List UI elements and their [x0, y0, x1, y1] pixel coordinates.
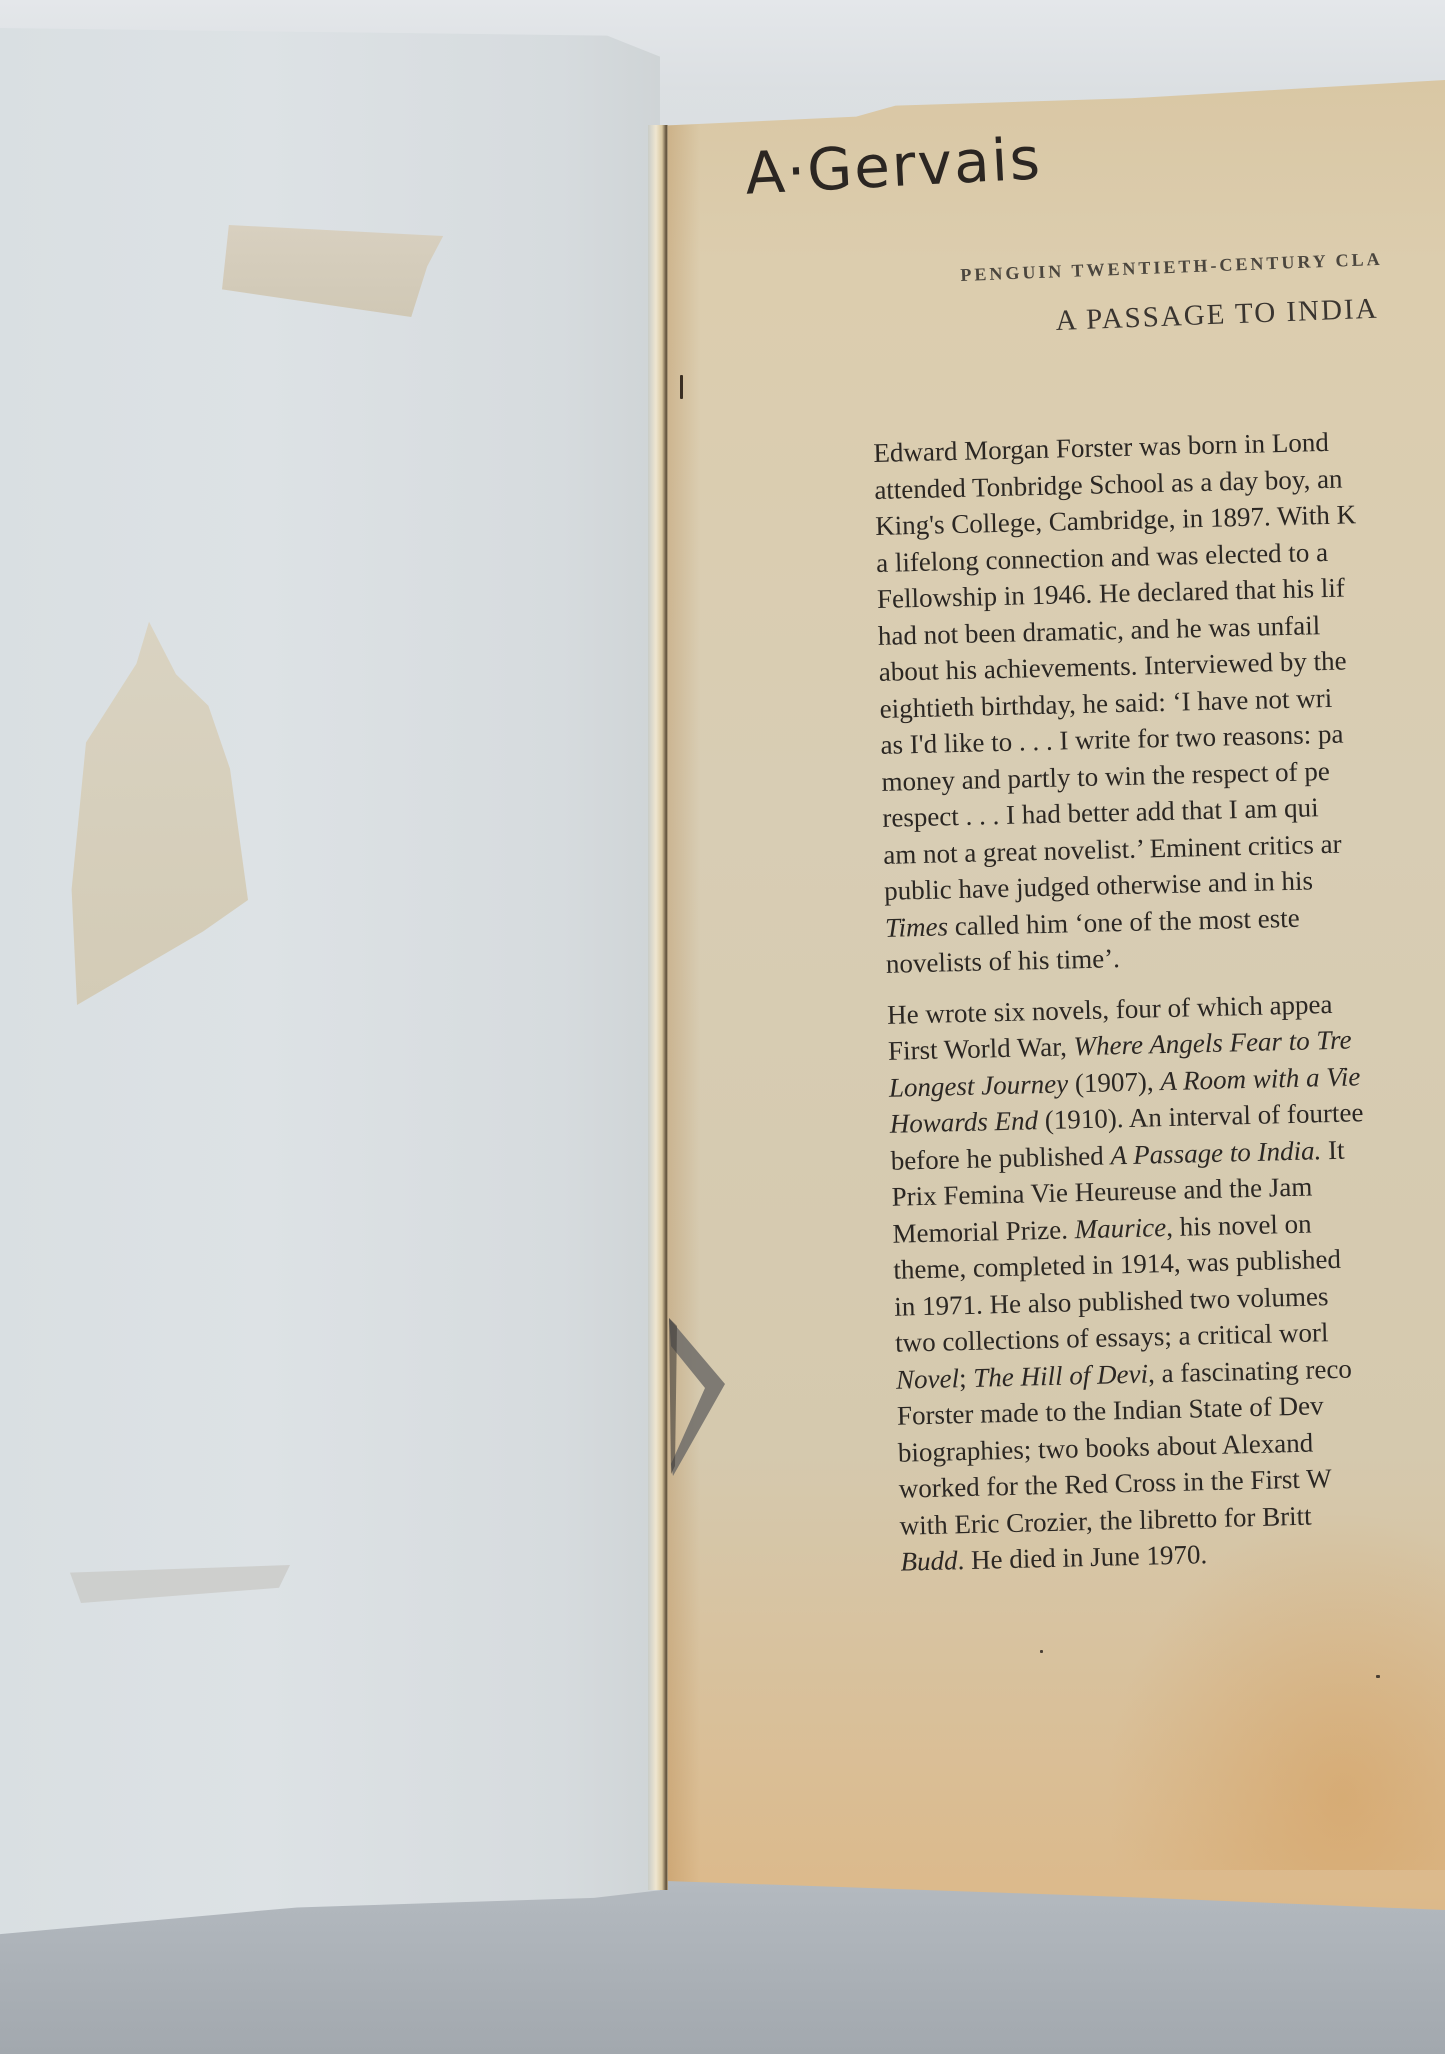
ink-speck [1040, 1650, 1043, 1653]
book-gutter [648, 125, 668, 1890]
pencil-arrow-mark-icon [665, 1316, 735, 1481]
ink-speck [1376, 1675, 1380, 1678]
photo-scene: A·Gervais PENGUIN TWENTIETH-CENTURY CLA … [0, 0, 1445, 2054]
biography-paragraph: He wrote six novels, four of which appea… [887, 981, 1445, 1580]
biography-paragraph: Edward Morgan Forster was born in Londat… [873, 419, 1445, 982]
author-biography: Edward Morgan Forster was born in Londat… [873, 419, 1445, 1594]
ink-speck [680, 375, 683, 399]
